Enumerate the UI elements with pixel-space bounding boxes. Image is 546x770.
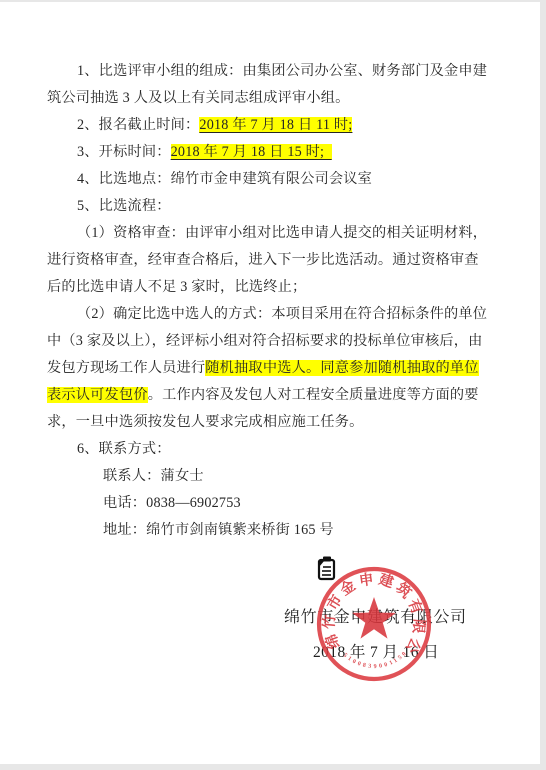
document-line: 联系人：蒲女士 (47, 463, 517, 490)
text-segment: （1）资格审查：由评审小组对比选申请人提交的相关证明材料， (77, 225, 487, 241)
seal-code-text: 5100839001150 (342, 649, 410, 670)
document-line: 地址：绵竹市剑南镇紫来桥街 165 号 (47, 517, 517, 544)
highlighted-text: 表示认可发包价 (47, 387, 148, 403)
text-segment: 。工作内容及发包人对工程安全质量进度等方面的要 (148, 387, 479, 403)
text-segment: 5、比选流程： (77, 198, 171, 214)
document-line: 发包方现场工作人员进行随机抽取中选人。同意参加随机抽取的单位 (47, 355, 517, 382)
text-segment: 进行资格审查，经审查合格后，进入下一步比选活动。通过资格审查 (47, 252, 479, 268)
text-segment: 地址：绵竹市剑南镇紫来桥街 165 号 (103, 522, 334, 538)
document-line: 4、比选地点：绵竹市金申建筑有限公司会议室 (47, 166, 517, 193)
text-segment: 3、开标时间： (77, 144, 171, 160)
document-line: 3、开标时间：2018 年 7 月 18 日 15 时; (47, 139, 517, 166)
document-line: 电话：0838—6902753 (47, 490, 517, 517)
svg-text:5100839001150: 5100839001150 (342, 649, 410, 670)
text-segment: 2、报名截止时间： (77, 117, 199, 133)
text-segment: 联系人：蒲女士 (103, 468, 204, 484)
document-line: （1）资格审查：由评审小组对比选申请人提交的相关证明材料， (47, 220, 517, 247)
text-segment: 发包方现场工作人员进行 (47, 360, 205, 376)
text-segment: 4、比选地点：绵竹市金申建筑有限公司会议室 (77, 171, 372, 187)
document-page: { "colors": { "highlight": "#ffff00", "s… (0, 0, 546, 770)
document-line: 2、报名截止时间：2018 年 7 月 18 日 11 时; (47, 112, 517, 139)
text-segment: 中（3 家及以上），经评标小组对符合招标要求的投标单位审核后，由 (47, 333, 483, 349)
text-segment: 后的比选申请人不足 3 家时，比选终止； (47, 279, 306, 295)
text-segment: 6、联系方式： (77, 441, 171, 457)
highlighted-text: 随机抽取中选人。同意参加随机抽取的单位 (205, 360, 478, 376)
document-line: 6、联系方式： (47, 436, 517, 463)
text-segment: 1、比选评审小组的组成：由集团公司办公室、财务部门及金申建 (77, 63, 487, 79)
document-line: 表示认可发包价。工作内容及发包人对工程安全质量进度等方面的要 (47, 382, 517, 409)
text-segment: 求，一旦中选须按发包人要求完成相应施工任务。 (47, 414, 364, 430)
document-line: 5、比选流程： (47, 193, 517, 220)
clipboard-icon (315, 555, 339, 583)
text-segment: 筑公司抽选 3 人及以上有关同志组成评审小组。 (47, 90, 350, 106)
document-line: （2）确定比选中选人的方式：本项目采用在符合招标条件的单位 (47, 301, 517, 328)
highlighted-text: 2018 年 7 月 18 日 15 时; (171, 144, 332, 160)
seal-star-icon (352, 597, 396, 639)
document-body: 1、比选评审小组的组成：由集团公司办公室、财务部门及金申建筑公司抽选 3 人及以… (47, 58, 517, 544)
text-segment: 电话：0838—6902753 (103, 495, 241, 511)
document-line: 后的比选申请人不足 3 家时，比选终止； (47, 274, 517, 301)
document-line: 1、比选评审小组的组成：由集团公司办公室、财务部门及金申建 (47, 58, 517, 85)
document-line: 进行资格审查，经审查合格后，进入下一步比选活动。通过资格审查 (47, 247, 517, 274)
document-line: 求，一旦中选须按发包人要求完成相应施工任务。 (47, 409, 517, 436)
text-segment: （2）确定比选中选人的方式：本项目采用在符合招标条件的单位 (77, 306, 487, 322)
highlighted-text: 2018 年 7 月 18 日 11 时; (199, 117, 352, 133)
document-line: 筑公司抽选 3 人及以上有关同志组成评审小组。 (47, 85, 517, 112)
document-line: 中（3 家及以上），经评标小组对符合招标要求的投标单位审核后，由 (47, 328, 517, 355)
